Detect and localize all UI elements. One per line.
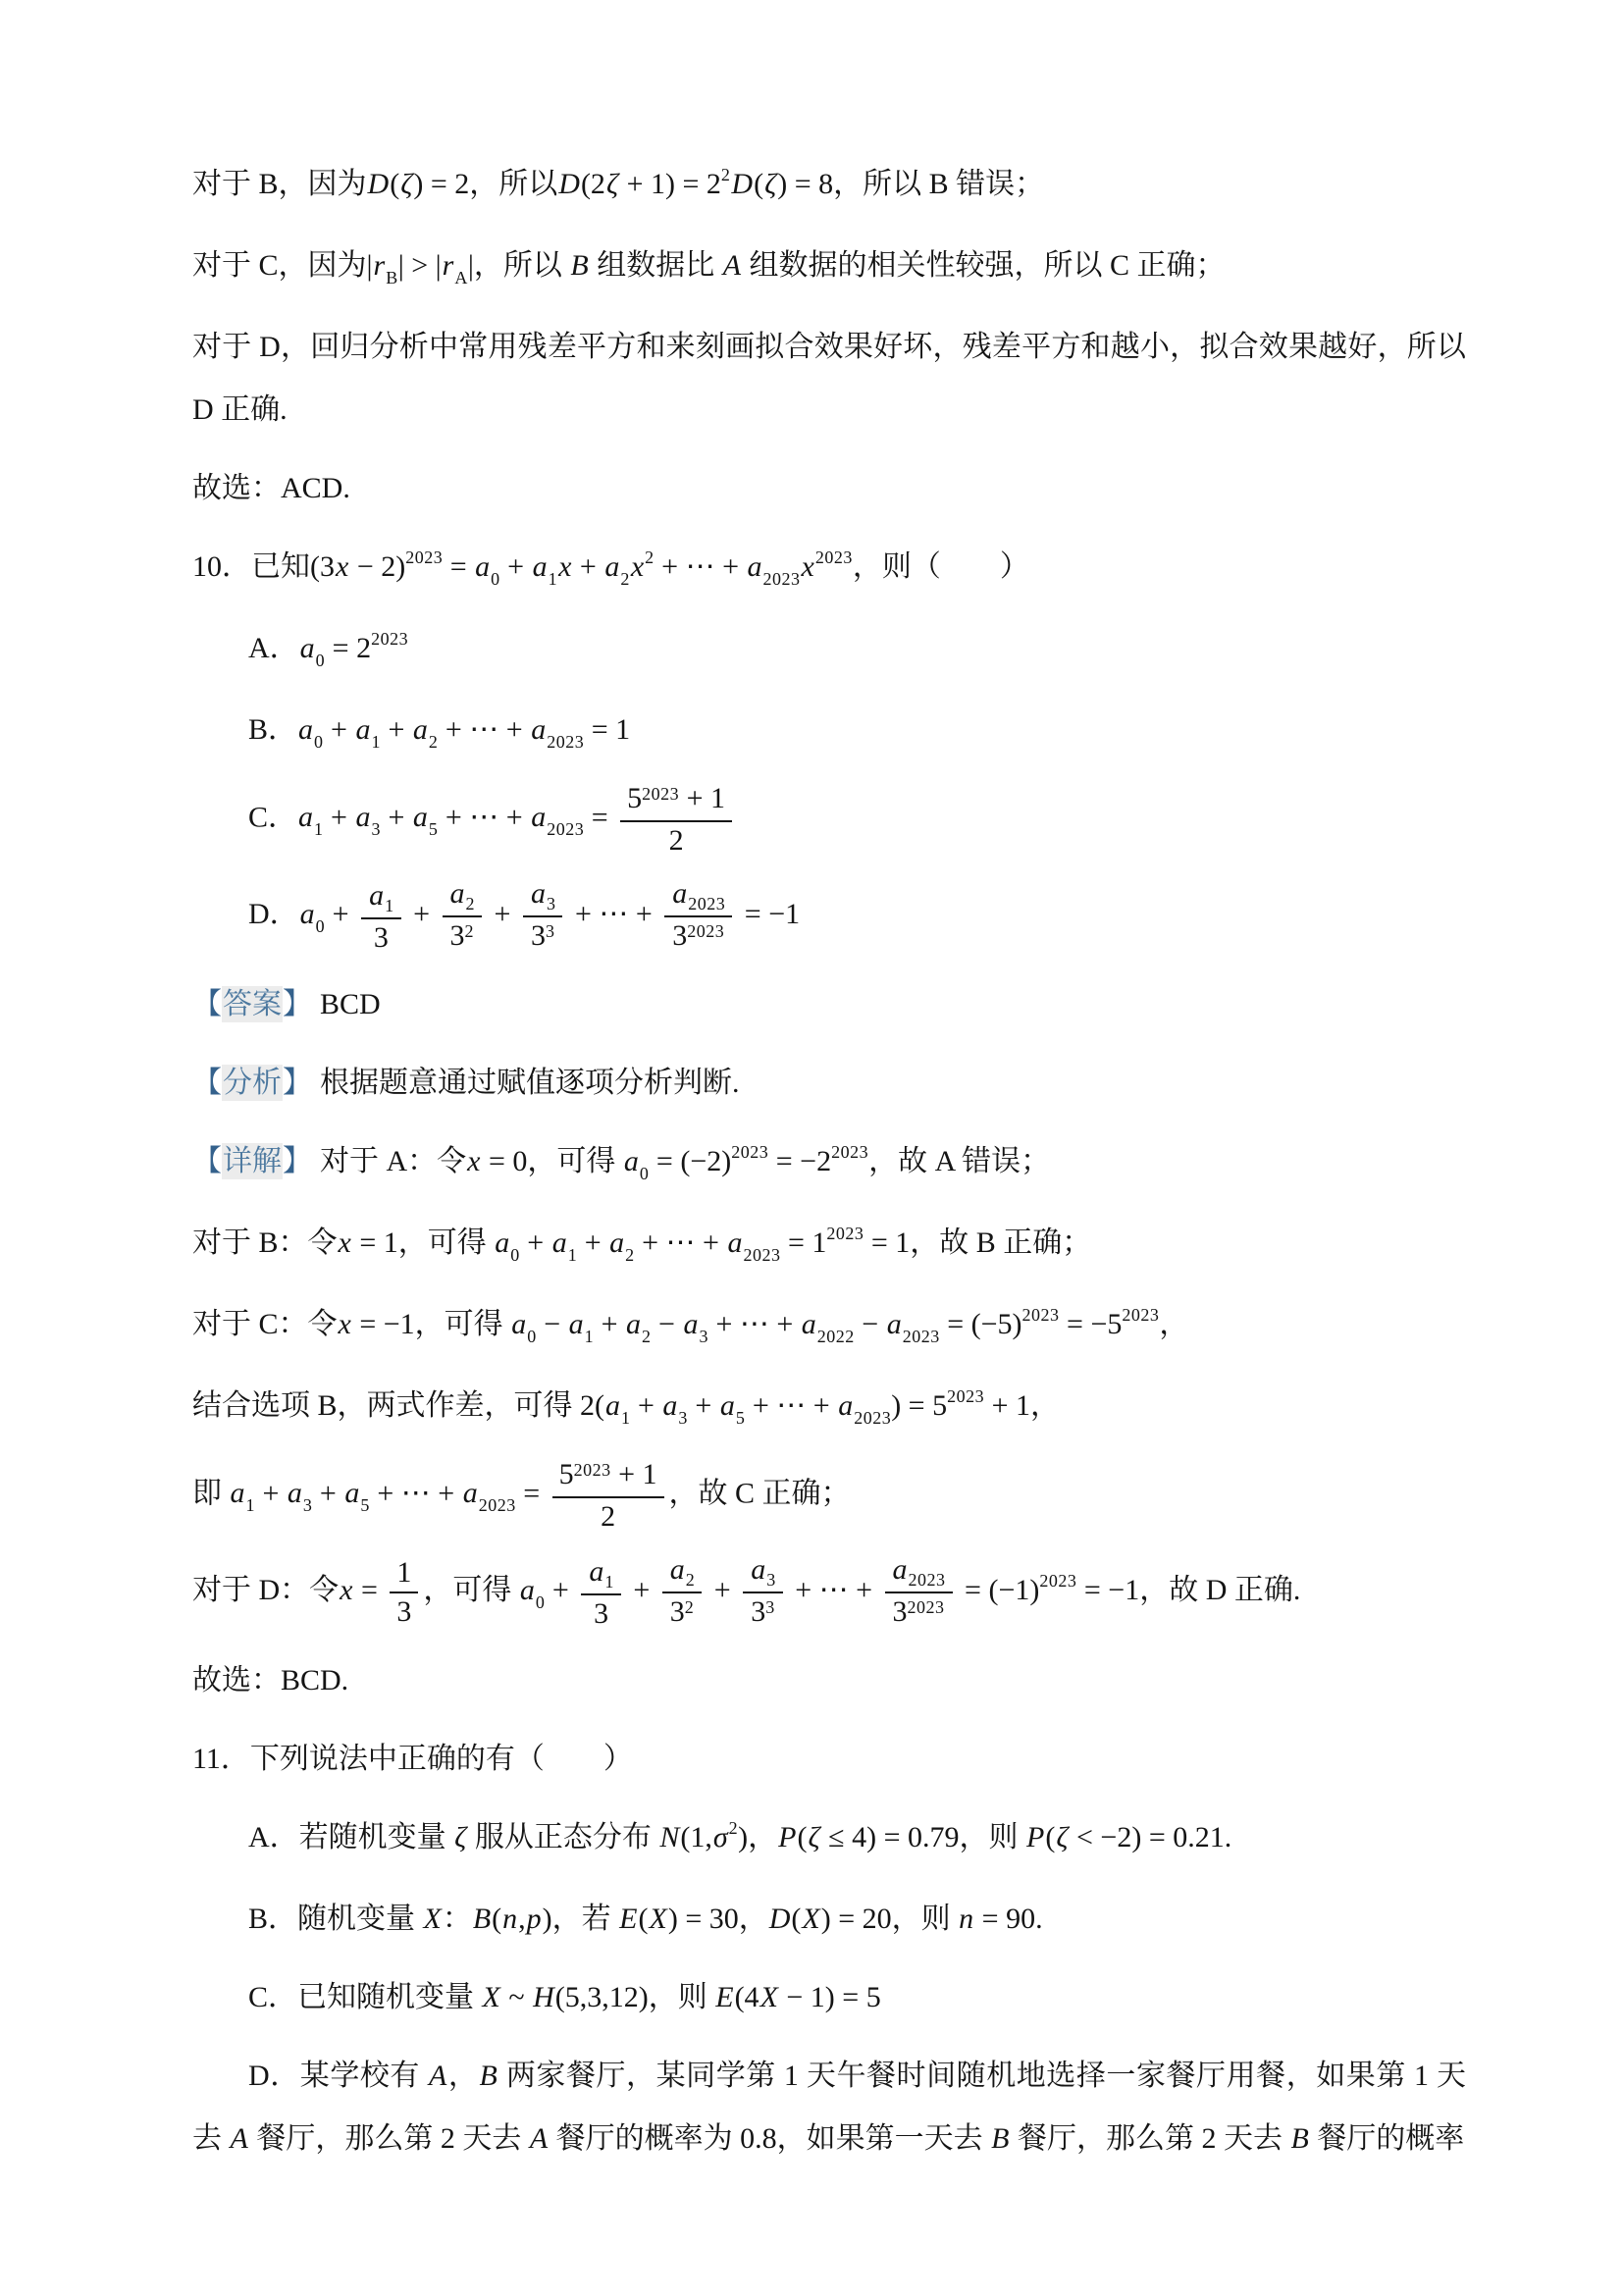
math-var: a <box>412 801 429 833</box>
text-run: 3 <box>396 1595 411 1628</box>
subscript: 1 <box>621 1408 631 1428</box>
question-11-option-c: C．已知随机变量 X ~ H(5,3,12)，则 E(4X − 1) = 5 <box>192 1966 1466 2029</box>
subscript: 5 <box>736 1408 746 1428</box>
math-var: X <box>482 1981 501 2013</box>
math-var: x <box>466 1145 481 1177</box>
text-run: + ⋯ + <box>788 1574 880 1606</box>
question-11-stem: 11．下列说法中正确的有（ ） <box>192 1728 1466 1791</box>
fraction-numerator: a2023 <box>664 875 732 915</box>
fraction-denominator: 32 <box>443 915 483 958</box>
text-run: 10．已知 <box>192 550 310 583</box>
math-var: B <box>478 2060 497 2092</box>
fraction-numerator: a1 <box>361 877 401 917</box>
text-run: ~ <box>501 1981 532 2013</box>
text-run: = 1 <box>780 1226 826 1259</box>
math-var: A <box>428 2060 447 2092</box>
text-run: = <box>584 801 615 833</box>
math-var: a <box>530 877 547 910</box>
superscript: 2023 <box>574 1460 611 1480</box>
detail-10-c-2: 结合选项 B，两式作差，可得 2(a1 + a3 + a5 + ⋯ + a202… <box>192 1375 1466 1440</box>
math-var: P <box>777 1821 797 1853</box>
subscript: A <box>454 268 468 287</box>
bracket-close-icon: 】 <box>283 1067 312 1099</box>
math-var: a <box>669 1553 686 1586</box>
math-var: ζ <box>763 168 777 200</box>
text-run: = 2 <box>325 632 371 664</box>
fraction: a232 <box>443 875 483 958</box>
fraction-denominator: 3 <box>390 1592 418 1631</box>
question-10-stem: 10．已知(3x − 2)2023 = a0 + a1x + a2x2 + ⋯ … <box>192 536 1466 601</box>
text-run: − <box>855 1308 886 1340</box>
text-run: ) = 2 <box>413 168 469 200</box>
superscript: 2 <box>721 165 731 184</box>
fraction-numerator: a2 <box>662 1551 703 1592</box>
subscript: 5 <box>429 819 439 839</box>
text-run: + ⋯ + <box>654 550 747 583</box>
math-var: a <box>682 1308 699 1340</box>
text-run: 3 <box>670 1595 685 1628</box>
math-var: a <box>494 1226 510 1259</box>
subscript: 2022 <box>817 1327 855 1346</box>
detail-10-c-1: 对于 C：令x = −1，可得 a0 − a1 + a2 − a3 + ⋯ + … <box>192 1293 1466 1359</box>
math-var: a <box>510 1308 527 1340</box>
text-run: 对于 D：令 <box>192 1574 339 1606</box>
fraction-denominator: 32 <box>662 1592 703 1634</box>
text-run: + <box>324 713 355 746</box>
math-var: X <box>801 1903 820 1935</box>
text-run: ，所以 B 错误； <box>833 168 1044 200</box>
fraction-numerator: a2023 <box>885 1551 953 1592</box>
text-run: 对于 A：令 <box>320 1145 466 1177</box>
question-11-option-d: D．某学校有 A，B 两家餐厅，某同学第 1 天午餐时间随机地选择一家餐厅用餐，… <box>192 2045 1466 2170</box>
text-run: + <box>631 1389 662 1422</box>
subscript: 0 <box>527 1327 537 1346</box>
subscript: 2023 <box>763 569 801 589</box>
text-run: ) = 5 <box>891 1389 947 1422</box>
text-run: = −5 <box>1060 1308 1123 1340</box>
text-run: 11．下列说法中正确的有（ ） <box>192 1743 633 1775</box>
math-var: X <box>759 1981 779 2013</box>
fraction-numerator: a2 <box>443 875 483 915</box>
text-run: + <box>324 801 355 833</box>
math-var: a <box>297 713 314 746</box>
text-run: = 1，可得 <box>352 1226 494 1259</box>
section-label: 【分析】 <box>192 1067 312 1099</box>
math-var: x <box>557 550 572 583</box>
math-var: x <box>338 1226 352 1259</box>
text-run: | <box>367 249 373 282</box>
text-run: 组数据的相关性较强，所以 C 正确； <box>742 249 1226 282</box>
text-run: 3 <box>450 919 465 952</box>
text-run: = 1 <box>584 713 630 746</box>
fraction: a13 <box>361 877 401 957</box>
text-run: = −1 <box>737 898 800 930</box>
text-run: = 90. <box>974 1903 1042 1935</box>
math-var: a <box>801 1308 817 1340</box>
subscript: 1 <box>314 819 324 839</box>
math-var: a <box>603 550 620 583</box>
text-run: ，可得 <box>423 1574 519 1606</box>
math-var: a <box>551 1226 568 1259</box>
subscript: 2 <box>429 732 439 752</box>
fraction-denominator: 32023 <box>664 915 732 958</box>
text-run: = (−1) <box>958 1574 1040 1606</box>
fraction-numerator: a3 <box>523 875 563 915</box>
math-var: a <box>604 1389 621 1422</box>
text-run: + <box>500 550 532 583</box>
math-var: n <box>958 1903 974 1935</box>
fraction: a13 <box>581 1553 621 1633</box>
math-var: a <box>892 1553 909 1586</box>
subscript: 2 <box>620 569 630 589</box>
math-var: a <box>671 877 688 910</box>
text-run: + <box>520 1226 551 1259</box>
text-run: + ⋯ + <box>745 1389 837 1422</box>
answer-select-10: 故选：BCD. <box>192 1649 1466 1712</box>
fraction: a232 <box>662 1551 703 1634</box>
superscript: 2023 <box>1039 1571 1076 1591</box>
math-var: a <box>886 1308 903 1340</box>
fraction-denominator: 33 <box>523 915 563 958</box>
text-run: B．随机变量 <box>248 1903 423 1935</box>
math-var: a <box>299 632 316 664</box>
question-10-option-d: D．a0 + a13 + a232 + a333 + ⋯ + a20233202… <box>192 875 1466 958</box>
analysis-10: 【分析】根据题意通过赋值逐项分析判断. <box>192 1052 1466 1115</box>
math-var: a <box>297 801 314 833</box>
fraction-denominator: 3 <box>361 917 401 957</box>
text-run: ( <box>492 1903 501 1935</box>
text-run: ) = 30， <box>668 1903 768 1935</box>
superscript: 2023 <box>687 921 724 941</box>
text-run: = <box>443 550 474 583</box>
text-run: 2 <box>669 824 684 857</box>
section-label: 【答案】 <box>192 988 312 1020</box>
subscript: 2023 <box>854 1408 891 1428</box>
superscript: 2 <box>465 921 475 941</box>
math-var: a <box>588 1555 604 1588</box>
subscript: 0 <box>316 916 326 936</box>
fraction-denominator: 33 <box>743 1592 783 1634</box>
math-var: ζ <box>605 168 619 200</box>
question-11-option-a: A．若随机变量 ζ 服从正态分布 N(1,σ2)，P(ζ ≤ 4) = 0.79… <box>192 1806 1466 1872</box>
math-var: a <box>462 1477 479 1509</box>
fraction: 13 <box>390 1554 418 1631</box>
text-run: 餐厅，那么第 2 天去 <box>1010 2122 1289 2155</box>
superscript: 2 <box>729 1818 739 1838</box>
text-run: ，所以 <box>469 168 557 200</box>
math-var: a <box>519 1574 536 1606</box>
text-run: (4 <box>735 1981 759 2013</box>
text-run: + ⋯ + <box>635 1226 727 1259</box>
superscript: 2023 <box>1122 1305 1159 1325</box>
superscript: 3 <box>546 921 555 941</box>
detail-10-a: 【详解】对于 A：令x = 0，可得 a0 = (−2)2023 = −2202… <box>192 1130 1466 1196</box>
superscript: 2023 <box>831 1142 868 1162</box>
math-var: a <box>354 713 371 746</box>
text-run: 3 <box>751 1595 765 1628</box>
fraction-denominator: 3 <box>581 1593 621 1633</box>
math-var: B <box>1289 2122 1309 2155</box>
math-var: a <box>412 713 429 746</box>
text-run: + <box>381 801 412 833</box>
text-run: + 1 <box>611 1458 657 1490</box>
math-var: r <box>373 249 387 282</box>
math-var: ζ <box>399 168 413 200</box>
text-run: ，故 C 正确； <box>669 1477 851 1509</box>
subscript: 2 <box>466 894 476 913</box>
text-run: 故选：BCD. <box>192 1664 348 1696</box>
text-run: ( <box>1045 1821 1055 1853</box>
text-run: ( <box>639 1903 649 1935</box>
fraction-numerator: 52023 + 1 <box>552 1456 664 1496</box>
question-10-option-c: C．a1 + a3 + a5 + ⋯ + a2023 = 52023 + 12 <box>192 780 1466 860</box>
text-run: = −2 <box>768 1145 831 1177</box>
text-run: ， <box>447 2060 478 2092</box>
text-run: , <box>518 1903 526 1935</box>
text-run: ( <box>390 168 399 200</box>
text-run: + <box>487 898 518 930</box>
math-var: A <box>230 2122 249 2155</box>
text-run: + ⋯ + <box>438 713 530 746</box>
section-label: 【详解】 <box>192 1145 312 1177</box>
text-run: )， <box>738 1821 777 1853</box>
text-run: B． <box>248 713 297 746</box>
section-label-text: 答案 <box>222 986 283 1022</box>
subscript: 0 <box>314 732 324 752</box>
text-run: 餐厅，那么第 2 天去 <box>249 2122 529 2155</box>
fraction-numerator: 52023 + 1 <box>620 780 732 820</box>
answer-select-9: 故选：ACD. <box>192 457 1466 520</box>
math-var: D <box>367 168 391 200</box>
math-var: x <box>335 550 349 583</box>
solution-9-option-c: 对于 C，因为|rB| > |rA|，所以 B 组数据比 A 组数据的相关性较强… <box>192 235 1466 300</box>
subscript: 2023 <box>547 819 584 839</box>
superscript: 2023 <box>405 548 443 567</box>
detail-10-b: 对于 B：令x = 1，可得 a0 + a1 + a2 + ⋯ + a2023 … <box>192 1212 1466 1278</box>
text-run: ： <box>443 1903 472 1935</box>
text-run: + <box>594 1308 625 1340</box>
fraction-numerator: a1 <box>581 1553 621 1593</box>
text-run: + <box>707 1574 738 1606</box>
math-var: ζ <box>453 1821 467 1853</box>
math-var: N <box>658 1821 680 1853</box>
math-var: X <box>423 1903 443 1935</box>
text-run: 即 <box>192 1477 230 1509</box>
text-run: ) = 20，则 <box>821 1903 958 1935</box>
math-var: a <box>719 1389 736 1422</box>
subscript: 1 <box>604 1572 614 1592</box>
text-run: ，所以 <box>474 249 570 282</box>
superscript: 2023 <box>815 548 853 567</box>
text-run: ) = 8 <box>777 168 833 200</box>
bracket-open-icon: 【 <box>192 1145 222 1177</box>
text-run: 3 <box>374 921 389 954</box>
text-run: + <box>572 550 603 583</box>
math-var: a <box>726 1226 743 1259</box>
subscript: 1 <box>585 1327 595 1346</box>
superscript: 2023 <box>908 1597 945 1617</box>
math-var: x <box>630 550 645 583</box>
subscript: 2 <box>642 1327 652 1346</box>
math-var: B <box>569 249 589 282</box>
text-run: C． <box>248 801 297 833</box>
math-var: D <box>768 1903 792 1935</box>
math-var: σ <box>712 1821 729 1853</box>
superscript: 2023 <box>947 1386 984 1406</box>
text-run: 3 <box>893 1595 908 1628</box>
text-run: + <box>545 1574 576 1606</box>
subscript: 2023 <box>903 1327 940 1346</box>
subscript: 5 <box>360 1495 370 1515</box>
text-run: 对于 B：令 <box>192 1226 338 1259</box>
text-run: + <box>381 713 412 746</box>
math-var: x <box>339 1574 353 1606</box>
math-var: a <box>343 1477 360 1509</box>
subscript: 2023 <box>479 1495 516 1515</box>
fraction: a202332023 <box>885 1551 953 1634</box>
text-run: (1, <box>680 1821 712 1853</box>
subscript: 1 <box>246 1495 256 1515</box>
question-10-option-a: A．a0 = 22023 <box>192 617 1466 683</box>
text-run: BCD <box>320 988 381 1020</box>
math-var: a <box>354 801 371 833</box>
text-run: + ⋯ + <box>370 1477 462 1509</box>
text-run: 3 <box>531 919 546 952</box>
text-run: 对于 C，因为 <box>192 249 367 282</box>
text-run: + <box>312 1477 343 1509</box>
subscript: 2023 <box>909 1570 946 1590</box>
text-run: ，故 A 错误； <box>868 1145 1050 1177</box>
subscript: B <box>386 268 398 287</box>
math-var: a <box>837 1389 854 1422</box>
text-run: 对于 B，因为 <box>192 168 367 200</box>
math-var: P <box>1025 1821 1045 1853</box>
math-var: a <box>530 801 547 833</box>
text-run: | > | <box>398 249 442 282</box>
fraction-denominator: 32023 <box>885 1592 953 1634</box>
subscript: 3 <box>303 1495 313 1515</box>
text-run: + 1 <box>679 782 725 814</box>
solution-9-option-b: 对于 B，因为D(ζ) = 2，所以D(2ζ + 1) = 22D(ζ) = 8… <box>192 153 1466 219</box>
text-run: 5 <box>627 782 642 814</box>
text-run: 餐厅的概率 <box>1310 2122 1465 2155</box>
subscript: 0 <box>316 651 326 670</box>
text-run: D．某学校有 <box>248 2060 428 2092</box>
text-run: ( <box>791 1903 801 1935</box>
text-run: 餐厅的概率为 0.8，如果第一天去 <box>549 2122 990 2155</box>
text-run: ，则（ ） <box>853 550 1029 583</box>
text-run: − <box>652 1308 683 1340</box>
subscript: 2023 <box>743 1245 780 1265</box>
text-run: = (−2) <box>649 1145 731 1177</box>
answer-10: 【答案】BCD <box>192 973 1466 1036</box>
detail-10-d: 对于 D：令x = 13，可得 a0 + a13 + a232 + a333 +… <box>192 1551 1466 1634</box>
text-run: ( <box>797 1821 807 1853</box>
text-run: = −1，可得 <box>352 1308 510 1340</box>
text-run: + <box>406 898 438 930</box>
section-label-text: 分析 <box>222 1065 283 1101</box>
superscript: 2023 <box>826 1224 864 1243</box>
math-var: H <box>532 1981 555 2013</box>
text-run: 对于 C：令 <box>192 1308 338 1340</box>
text-run: = 0，可得 <box>482 1145 623 1177</box>
fraction: 52023 + 12 <box>552 1456 664 1536</box>
text-run: 服从正态分布 <box>467 1821 658 1853</box>
math-var: a <box>532 550 549 583</box>
text-run: + ⋯ + <box>567 898 659 930</box>
math-var: x <box>338 1308 352 1340</box>
bracket-close-icon: 】 <box>283 1145 312 1177</box>
text-run: ≤ 4) = 0.79，则 <box>821 1821 1025 1853</box>
bracket-open-icon: 【 <box>192 988 222 1020</box>
text-run: + ⋯ + <box>708 1308 801 1340</box>
math-var: a <box>625 1308 642 1340</box>
subscript: 0 <box>536 1592 546 1612</box>
math-var: D <box>557 168 581 200</box>
text-run: 对于 D，回归分析中常用残差平方和来刻画拟合效果好坏，残差平方和越小，拟合效果越… <box>192 331 1466 426</box>
text-run: (2 <box>581 168 605 200</box>
math-var: A <box>722 249 742 282</box>
math-var: B <box>472 1903 492 1935</box>
subscript: 0 <box>640 1164 650 1183</box>
text-run: 组数据比 <box>590 249 722 282</box>
text-run: A．若随机变量 <box>248 1821 453 1853</box>
text-run: 结合选项 B，两式作差，可得 2( <box>192 1389 604 1422</box>
text-run: )，若 <box>543 1903 619 1935</box>
subscript: 1 <box>385 896 394 915</box>
subscript: 3 <box>678 1408 688 1428</box>
math-var: ζ <box>807 1821 820 1853</box>
subscript: 1 <box>549 569 558 589</box>
math-var: a <box>368 879 385 912</box>
superscript: 2023 <box>371 629 408 649</box>
bracket-open-icon: 【 <box>192 1067 222 1099</box>
superscript: 2 <box>645 548 654 567</box>
text-run: ( <box>754 168 763 200</box>
text-run: = (−5) <box>940 1308 1022 1340</box>
math-var: a <box>287 1477 303 1509</box>
fraction-denominator: 2 <box>620 820 732 860</box>
text-run: 根据题意通过赋值逐项分析判断. <box>320 1067 740 1099</box>
math-var: a <box>623 1145 640 1177</box>
math-var: a <box>568 1308 585 1340</box>
math-var: a <box>747 550 763 583</box>
text-run: + <box>626 1574 657 1606</box>
text-run: = <box>354 1574 386 1606</box>
subscript: 1 <box>568 1245 578 1265</box>
math-var: a <box>299 898 316 930</box>
text-run: = 1，故 B 正确； <box>864 1226 1091 1259</box>
math-var: a <box>449 877 466 910</box>
fraction-denominator: 2 <box>552 1496 664 1536</box>
subscript: 0 <box>491 569 500 589</box>
subscript: 1 <box>371 732 381 752</box>
math-var: n <box>501 1903 518 1935</box>
math-var: a <box>661 1389 678 1422</box>
subscript: 3 <box>371 819 381 839</box>
document-body: 对于 B，因为D(ζ) = 2，所以D(2ζ + 1) = 22D(ζ) = 8… <box>0 0 1623 2170</box>
text-run: + 1， <box>984 1389 1060 1422</box>
question-10-option-b: B．a0 + a1 + a2 + ⋯ + a2023 = 1 <box>192 699 1466 764</box>
math-var: E <box>714 1981 734 2013</box>
math-var: D <box>730 168 754 200</box>
math-var: a <box>530 713 547 746</box>
text-run: 3 <box>594 1597 608 1630</box>
text-run: ， <box>1159 1308 1188 1340</box>
math-var: a <box>230 1477 246 1509</box>
text-run: + <box>325 898 356 930</box>
subscript: 2 <box>625 1245 635 1265</box>
